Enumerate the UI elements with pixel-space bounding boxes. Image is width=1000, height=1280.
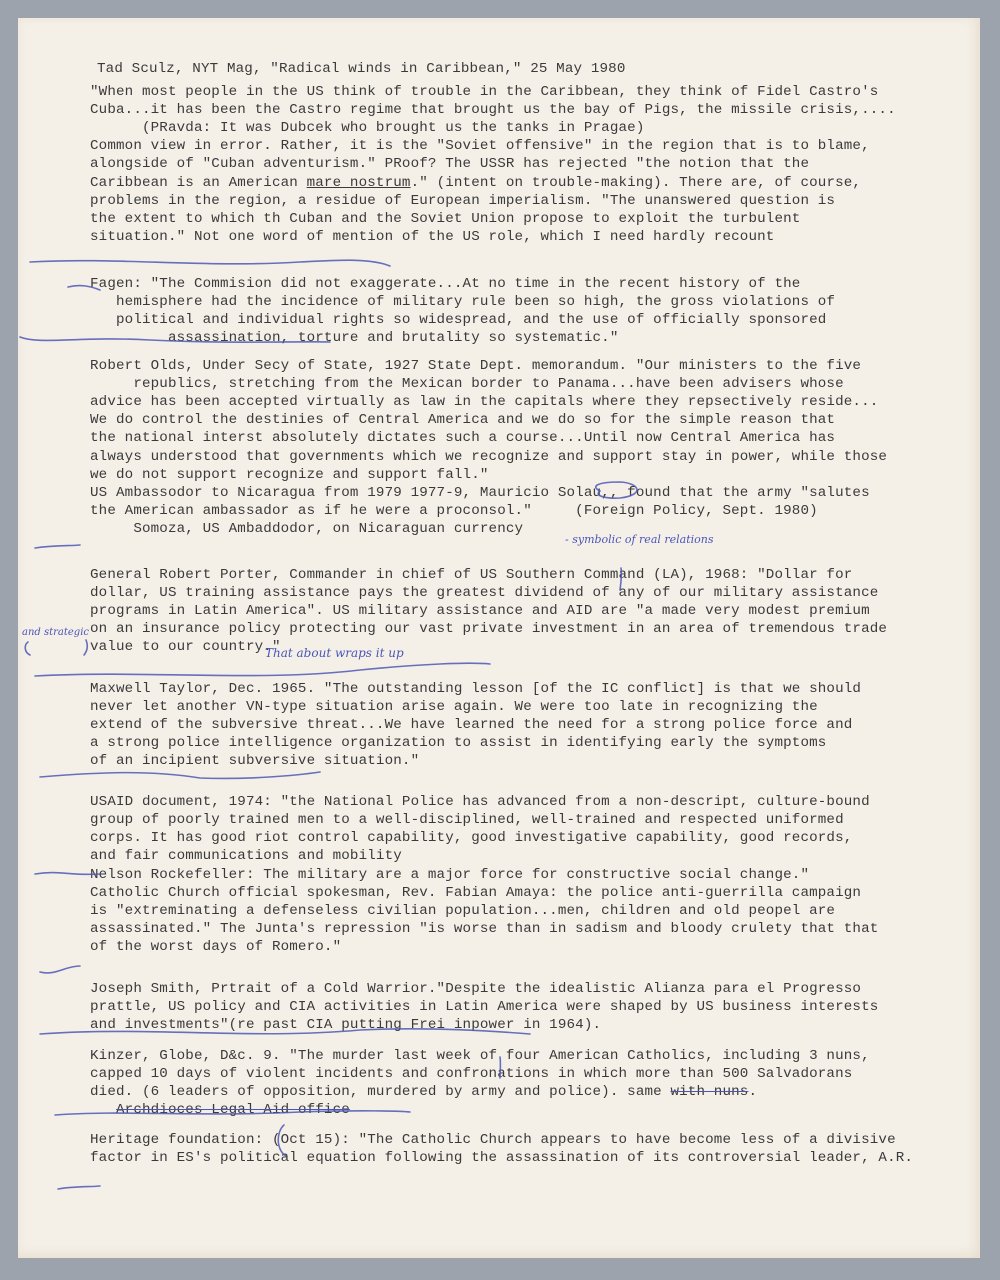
annotation-strategic: and strategic	[22, 627, 89, 638]
text-line: programs in Latin America". US military …	[90, 602, 870, 620]
text-line: Somoza, US Ambaddodor, on Nicaraguan cur…	[90, 520, 523, 538]
text-line: corps. It has good riot control capabili…	[90, 829, 852, 847]
text-line: dollar, US training assistance pays the …	[90, 584, 878, 602]
text-line: USAID document, 1974: "the National Poli…	[90, 793, 870, 811]
text-line: the extent to which th Cuban and the Sov…	[90, 210, 800, 228]
text-line: advice has been accepted virtually as la…	[90, 393, 878, 411]
text-line: General Robert Porter, Commander in chie…	[90, 566, 852, 584]
text-line: Common view in error. Rather, it is the …	[90, 137, 870, 155]
text-line: a strong police intelligence organizatio…	[90, 734, 826, 752]
text-line: we do not support recognize and support …	[90, 466, 489, 484]
text-line: factor in ES's political equation follow…	[90, 1149, 913, 1167]
text-line: US Ambassodor to Nicaragua from 1979 197…	[90, 484, 870, 502]
text-line: Heritage foundation: (Oct 15): "The Cath…	[90, 1131, 896, 1149]
text-line: Maxwell Taylor, Dec. 1965. "The outstand…	[90, 680, 861, 698]
text-line: capped 10 days of violent incidents and …	[90, 1065, 852, 1083]
text-line: died. (6 leaders of opposition, murdered…	[90, 1083, 757, 1101]
text-line: Catholic Church official spokesman, Rev.…	[90, 884, 861, 902]
text-line: political and individual rights so wides…	[90, 311, 826, 329]
text-line: Joseph Smith, Prtrait of a Cold Warrior.…	[90, 980, 861, 998]
text-line: never let another VN-type situation aris…	[90, 698, 818, 716]
text-line: on an insurance policy protecting our va…	[90, 620, 887, 638]
text-line: "When most people in the US think of tro…	[90, 83, 878, 101]
text-line: situation." Not one word of mention of t…	[90, 228, 774, 246]
text-line: is "extreminating a defenseless civilian…	[90, 902, 835, 920]
text-line: the American ambassador as if he were a …	[90, 502, 818, 520]
text-line: Robert Olds, Under Secy of State, 1927 S…	[90, 357, 861, 375]
text-line: group of poorly trained men to a well-di…	[90, 811, 844, 829]
document-header: Tad Sculz, NYT Mag, "Radical winds in Ca…	[97, 60, 626, 78]
text-line: hemisphere had the incidence of military…	[90, 293, 835, 311]
text-line: the national interst absolutely dictates…	[90, 429, 835, 447]
text-line: assassinated." The Junta's repression "i…	[90, 920, 878, 938]
text-line: Caribbean is an American mare nostrum." …	[90, 174, 861, 192]
text-line: problems in the region, a residue of Eur…	[90, 192, 835, 210]
text-line: republics, stretching from the Mexican b…	[90, 375, 844, 393]
text-line: assassination, torture and brutality so …	[90, 329, 619, 347]
text-line: value to our country."	[90, 638, 281, 656]
text-line: of an incipient subversive situation."	[90, 752, 419, 770]
annotation-wraps: That about wraps it up	[265, 646, 404, 660]
text-line: Kinzer, Globe, D&c. 9. "The murder last …	[90, 1047, 870, 1065]
text-line: of the worst days of Romero."	[90, 938, 341, 956]
text-line: Fagen: "The Commision did not exaggerate…	[90, 275, 800, 293]
text-line: and fair communications and mobility	[90, 847, 402, 865]
text-line: (PRavda: It was Dubcek who brought us th…	[90, 119, 645, 137]
text-line: We do control the destinies of Central A…	[90, 411, 835, 429]
text-line: prattle, US policy and CIA activities in…	[90, 998, 878, 1016]
text-line: Archdioces Legal Aid office	[90, 1101, 350, 1119]
annotation-symbolic: - symbolic of real relations	[565, 533, 714, 546]
text-line: and investments"(re past CIA putting Fre…	[90, 1016, 601, 1034]
text-line: Nelson Rockefeller: The military are a m…	[90, 866, 809, 884]
text-line: always understood that governments which…	[90, 448, 887, 466]
text-line: extend of the subversive threat...We hav…	[90, 716, 852, 734]
text-line: alongside of "Cuban adventurism." PRoof?…	[90, 155, 809, 173]
text-line: Cuba...it has been the Castro regime tha…	[90, 101, 896, 119]
